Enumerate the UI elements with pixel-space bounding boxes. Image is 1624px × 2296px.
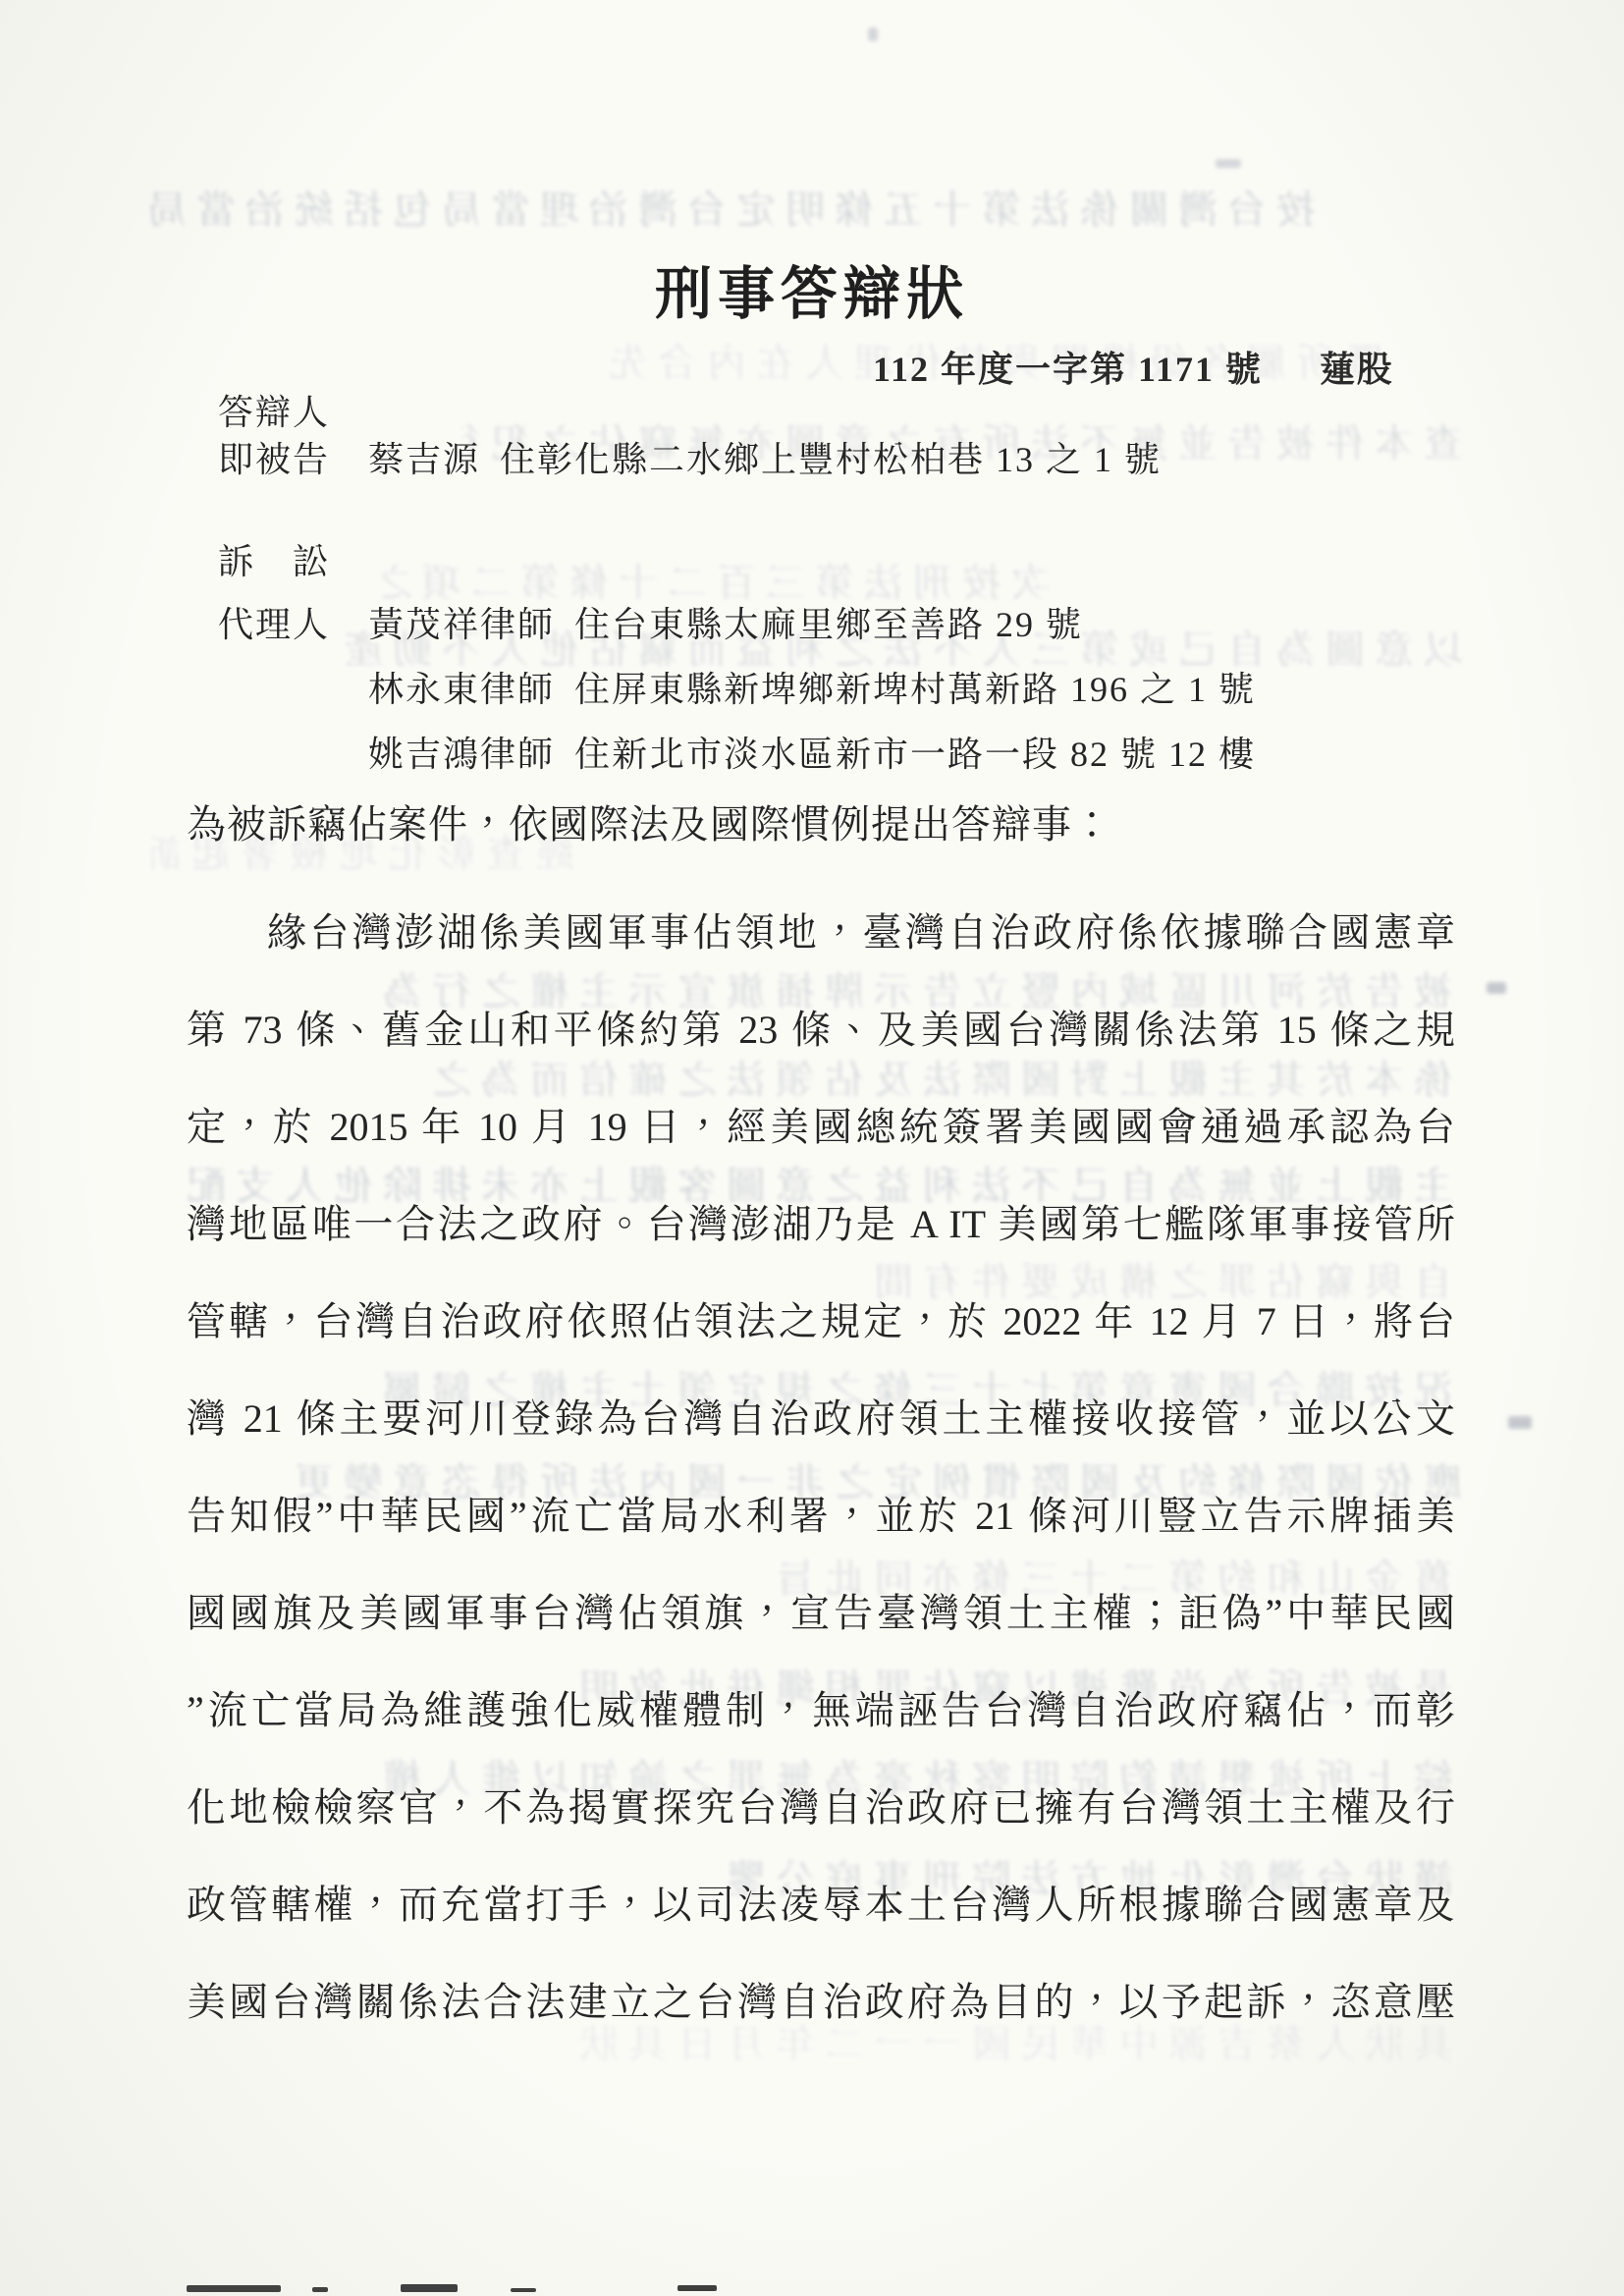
body-line: 灣地區唯一合法之政府。台灣澎湖乃是 A IT 美國第七艦隊軍事接管所 <box>187 1175 1455 1273</box>
respondent-role-label2: 即被告 <box>218 436 368 483</box>
counsel-line-2: 林永東律師住屏東縣新埤鄉新埤村萬新路 196 之 1 號 <box>368 666 1256 713</box>
scan-speck <box>1487 982 1506 994</box>
lawyer-address: 住台東縣太麻里鄉至善路 29 號 <box>574 601 1083 648</box>
document-title: 刑事答辯狀 <box>0 247 1624 330</box>
bleedthrough-line: 按台灣關係法第十五條明定台灣治理當局包括統治當局 <box>147 179 1316 232</box>
body-intro: 為被訴竊佔案件，依國際法及國際慣例提出答辯事： <box>187 797 1112 852</box>
body-line: 國國旗及美國軍事台灣佔領旗，宣告臺灣領土主權；詎偽”中華民國 <box>187 1564 1455 1662</box>
page-bottom-artifact <box>401 2284 458 2292</box>
body-line: 政管轄權，而充當打手，以司法凌辱本土台灣人所根據聯合國憲章及 <box>187 1856 1455 1953</box>
counsel-role-label: 訴 訟 <box>218 538 368 585</box>
body-line: 灣 21 條主要河川登錄為台灣自治政府領土主權接收接管，並以公文 <box>187 1370 1455 1467</box>
body-line: 第 73 條、舊金山和平條約第 23 條、及美國台灣關係法第 15 條之規 <box>187 981 1455 1078</box>
bleedthrough-line: 次按刑法第三百二十條第二項之竊佔罪 <box>383 552 1051 605</box>
counsel-role-label2: 代理人 <box>218 601 368 648</box>
lawyer-address: 住新北市淡水區新市一路一段 82 號 12 樓 <box>574 731 1256 778</box>
respondent-line: 即被告蔡吉源住彰化縣二水鄉上豐村松柏巷 13 之 1 號 <box>218 436 1162 483</box>
respondent-role-label: 答辯人 <box>218 389 368 436</box>
respondent-role-line1: 答辯人 <box>218 389 368 436</box>
counsel-line-3: 姚吉鴻律師住新北市淡水區新市一路一段 82 號 12 樓 <box>368 731 1256 778</box>
page-bottom-artifact <box>187 2285 281 2292</box>
scan-speck <box>868 27 878 41</box>
body-line: 美國台灣關係法合法建立之台灣自治政府為目的，以予起訴，恣意壓 <box>187 1953 1455 2050</box>
body-paragraph: 緣台灣澎湖係美國軍事佔領地，臺灣自治政府係依據聯合國憲章 第 73 條、舊金山和… <box>187 884 1455 2050</box>
court-division: 蓮股 <box>1320 350 1394 389</box>
page-bottom-artifact <box>312 2287 328 2292</box>
case-number: 112 年度一字第 1171 號 <box>873 350 1263 389</box>
respondent-name: 蔡吉源 <box>368 436 480 483</box>
body-line: ”流亡當局為維護強化威權體制，無端誣告台灣自治政府竊佔，而彰 <box>187 1662 1455 1759</box>
case-number-line: 112 年度一字第 1171 號蓮股 <box>873 342 1394 392</box>
scan-speck <box>1216 159 1241 168</box>
body-line: 管轄，台灣自治政府依照佔領法之規定，於 2022 年 12 月 7 日，將台 <box>187 1273 1455 1370</box>
respondent-address: 住彰化縣二水鄉上豐村松柏巷 13 之 1 號 <box>500 436 1162 483</box>
scan-speck <box>1508 1416 1532 1429</box>
body-line: 化地檢檢察官，不為揭實探究台灣自治政府已擁有台灣領土主權及行 <box>187 1759 1455 1856</box>
body-line: 定，於 2015 年 10 月 19 日，經美國總統簽署美國國會通過承認為台 <box>187 1078 1455 1175</box>
counsel-role-line1: 訴 訟 <box>218 538 368 585</box>
counsel-line-1: 代理人黃茂祥律師住台東縣太麻里鄉至善路 29 號 <box>218 601 1083 648</box>
body-line: 告知假”中華民國”流亡當局水利署，並於 21 條河川豎立告示牌插美 <box>187 1467 1455 1564</box>
scanned-document-page: 按台灣關係法第十五條明定台灣治理當局包括統治當局 暨所屬各級機關與其代理人在內合… <box>0 0 1624 2296</box>
page-bottom-artifact <box>511 2288 536 2292</box>
lawyer-name: 林永東律師 <box>368 666 555 713</box>
page-bottom-artifact <box>677 2285 717 2291</box>
lawyer-name: 姚吉鴻律師 <box>368 731 555 778</box>
lawyer-address: 住屏東縣新埤鄉新埤村萬新路 196 之 1 號 <box>574 666 1256 713</box>
body-line: 緣台灣澎湖係美國軍事佔領地，臺灣自治政府係依據聯合國憲章 <box>187 884 1455 981</box>
lawyer-name: 黃茂祥律師 <box>368 601 555 648</box>
